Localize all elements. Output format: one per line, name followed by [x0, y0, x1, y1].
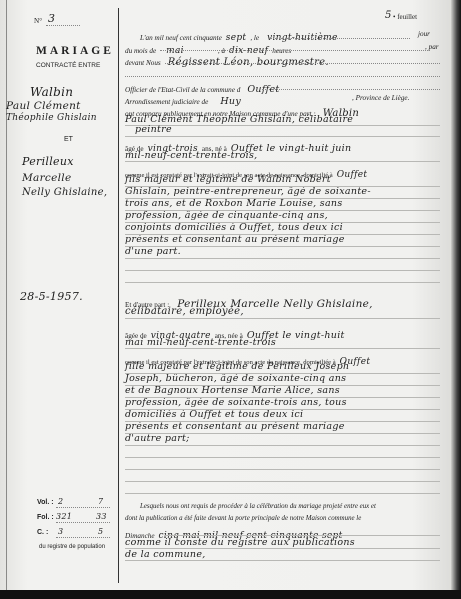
groom-detail-line: présents et consentant au présent mariag… [125, 234, 445, 246]
bride-detail-line: domiciliés à Ouffet et tous deux ici [125, 409, 445, 421]
bride-detail-line: présents et consentant au présent mariag… [125, 421, 445, 433]
rule [125, 481, 440, 482]
rule [125, 493, 440, 494]
header-line-3: devant Nous Régissent Léon, bourgmestre. [125, 52, 329, 70]
rule [125, 445, 440, 446]
header-line-3-rule [165, 63, 440, 64]
document-page: N° 3 MARIAGE CONTRACTÉ ENTRE Walbin Paul… [0, 0, 458, 590]
header-line-1-rule [270, 38, 410, 39]
rule [125, 198, 440, 199]
publication-line-2: dont la publication a été faite devant l… [125, 515, 361, 522]
bride-name-b: célibataire, employée, [125, 306, 244, 317]
and-label: ET [64, 136, 73, 143]
groom-detail-line: trois ans, et de Roxbon Marie Louise, sa… [125, 198, 445, 210]
groom-detail-line: d'une part. [125, 246, 445, 258]
rule [125, 421, 440, 422]
header-blank-rule [125, 76, 440, 77]
publication-line-5: de la commune, [125, 549, 206, 560]
c-value-a: 3 [58, 527, 63, 536]
fol-value-b: 33 [96, 512, 107, 521]
groom-detail-line: profession, âgée de cinquante-cinq ans, [125, 210, 445, 222]
sheet-number: 5 [385, 10, 392, 21]
vol-label: Vol. : [37, 499, 54, 506]
rule [125, 222, 440, 223]
bride-surname: Perilleux [22, 155, 74, 168]
groom-given-names-2: Théophile Ghislain [6, 113, 97, 123]
margin-date-note: 28-5-1957. [20, 290, 83, 303]
bride-detail-line: et de Bagnoux Hortense Marie Alice, sans [125, 385, 445, 397]
groom-birth-b: mil-neuf-cent-trente-trois, [125, 150, 258, 161]
rule [165, 535, 440, 536]
bride-given-names-2: Nelly Ghislaine, [22, 187, 107, 198]
record-title: MARIAGE [36, 45, 114, 57]
vol-value-b: 7 [98, 497, 103, 506]
bride-detail-line: fille majeure et légitime de Perilleux J… [125, 361, 445, 373]
bride-detail-line: d'autre part; [125, 433, 445, 445]
sheet-label: • feuillet [393, 13, 417, 21]
bride-detail-line: Joseph, bûcheron, âgé de soixante-cinq a… [125, 373, 445, 385]
rule [125, 282, 440, 283]
groom-profession: peintre [135, 124, 172, 135]
page-bottom-edge [0, 590, 461, 599]
header-line-2-rule [160, 50, 430, 51]
rule [125, 234, 440, 235]
groom-detail-line: conjoints domiciliés à Ouffet, tous deux… [125, 222, 445, 234]
column-divider [118, 8, 119, 583]
rule [125, 318, 440, 319]
bride-birth-b: mai mil-neuf-cent-trente-trois [125, 337, 276, 348]
rule [125, 560, 440, 561]
bride-detail-line: profession, âgée de soixante-trois ans, … [125, 397, 445, 409]
c-line [56, 537, 110, 538]
number-label: N° [34, 17, 42, 25]
rule [125, 433, 440, 434]
vol-value-a: 2 [58, 497, 63, 506]
groom-detail-line: fils majeur et légitime de Walbin Nobert [125, 174, 445, 186]
fol-line [56, 522, 110, 523]
rule [125, 457, 440, 458]
binding-edge [6, 0, 7, 590]
rule [125, 210, 440, 211]
rule [125, 125, 440, 126]
registry-caption: du registre de population [39, 544, 105, 550]
publication-line-1: Lesquels nous ont requis de procéder à l… [140, 503, 376, 510]
rule [125, 246, 440, 247]
rule [125, 270, 440, 271]
rule [125, 136, 440, 137]
province-label: , Province de Liège. [352, 94, 409, 102]
rule [125, 348, 440, 349]
jour-label: jour [418, 30, 430, 38]
c-label: C. : [37, 529, 48, 536]
rule [125, 258, 440, 259]
rule [125, 385, 440, 386]
groom-surname: Walbin [30, 85, 73, 99]
rule [125, 397, 440, 398]
rule [125, 186, 440, 187]
vol-line [56, 507, 110, 508]
rule [125, 373, 440, 374]
header-line-4-rule [262, 89, 440, 90]
page-edge-shadow [451, 0, 461, 599]
c-value-b: 5 [98, 527, 103, 536]
number-line [46, 25, 80, 26]
bride-given-names-1: Marcelle [22, 172, 71, 184]
rule [125, 161, 440, 162]
rule [125, 469, 440, 470]
publication-line-4: comme il conste du registre aux publicat… [125, 537, 355, 548]
fol-label: Fol. : [37, 514, 54, 521]
groom-given-names-1: Paul Clément [6, 100, 81, 112]
groom-detail-line: Ghislain, peintre-entrepreneur, âgé de s… [125, 186, 445, 198]
record-subtitle: CONTRACTÉ ENTRE [36, 62, 100, 69]
fol-value-a: 321 [56, 512, 72, 521]
rule [125, 409, 440, 410]
record-number: 3 [48, 12, 55, 25]
